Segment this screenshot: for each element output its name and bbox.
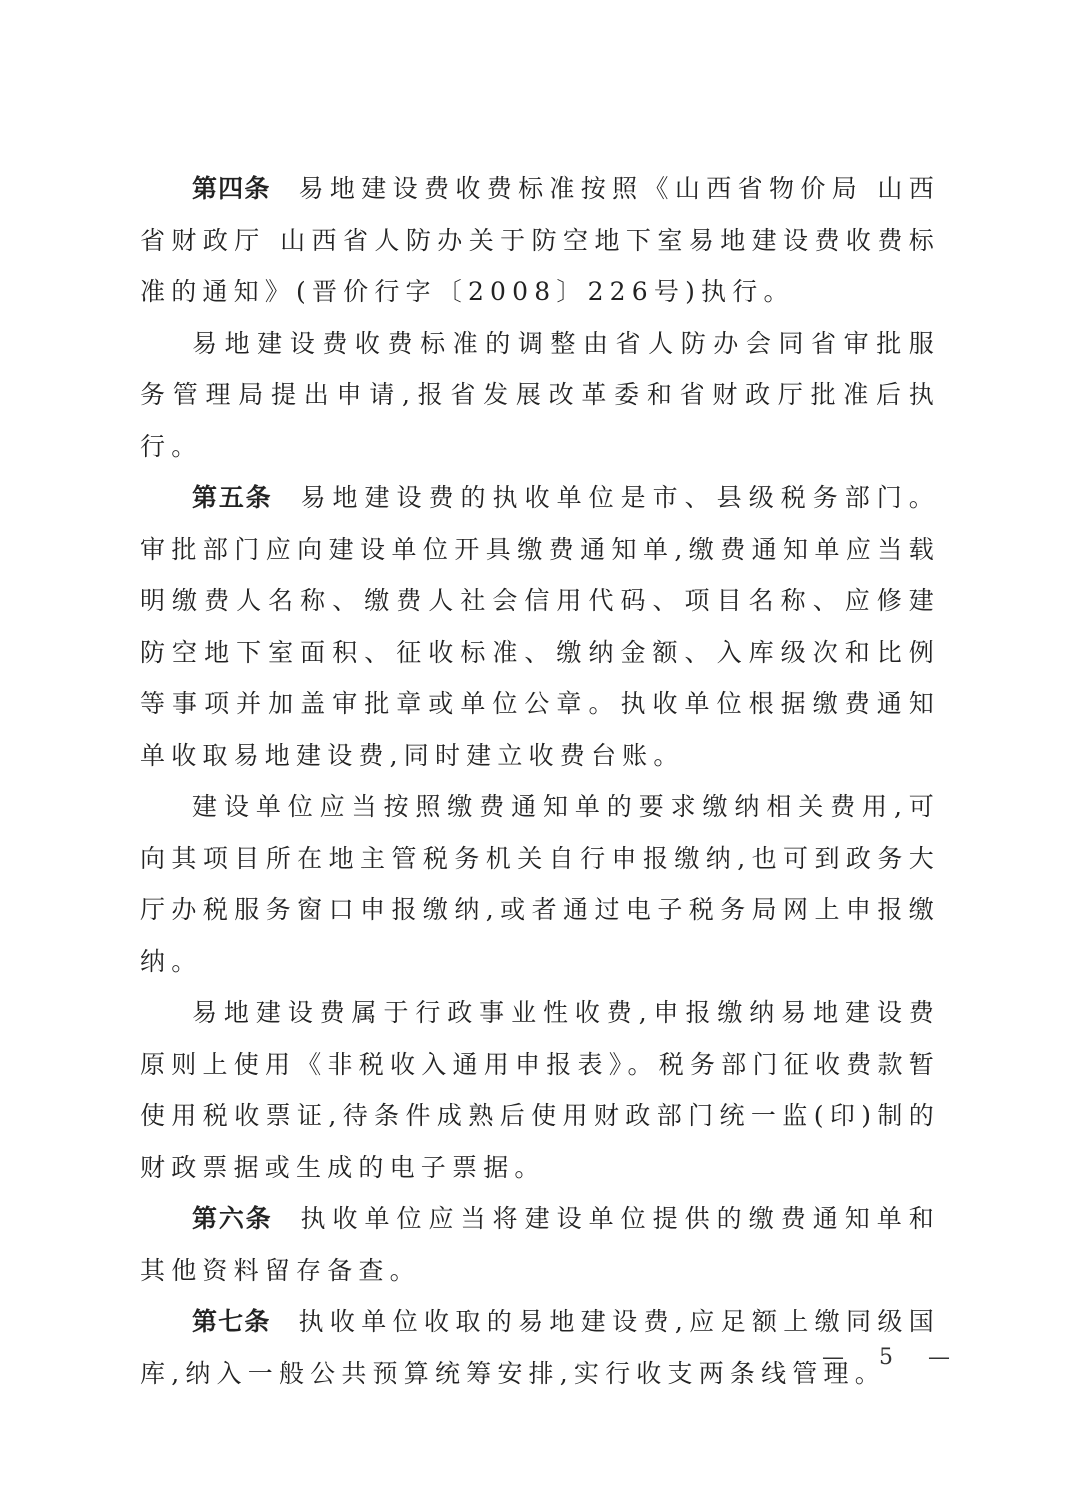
article-heading: 第四条	[192, 174, 271, 203]
article-heading: 第七条	[192, 1307, 271, 1336]
paragraph-article-6: 第六条执收单位应当将建设单位提供的缴费通知单和其他资料留存备查。	[140, 1193, 940, 1296]
paragraph: 易地建设费属于行政事业性收费,申报缴纳易地建设费原则上使用《非税收入通用申报表》…	[140, 987, 940, 1193]
paragraph-text: 易地建设费收费标准的调整由省人防办会同省审批服务管理局提出申请,报省发展改革委和…	[140, 329, 940, 461]
paragraph: 易地建设费收费标准的调整由省人防办会同省审批服务管理局提出申请,报省发展改革委和…	[140, 318, 940, 473]
paragraph-text: 建设单位应当按照缴费通知单的要求缴纳相关费用,可向其项目所在地主管税务机关自行申…	[140, 792, 940, 976]
paragraph-article-7: 第七条执收单位收取的易地建设费,应足额上缴同级国库,纳入一般公共预算统筹安排,实…	[140, 1296, 940, 1399]
paragraph: 建设单位应当按照缴费通知单的要求缴纳相关费用,可向其项目所在地主管税务机关自行申…	[140, 781, 940, 987]
article-heading: 第五条	[192, 483, 272, 512]
document-body: 第四条易地建设费收费标准按照《山西省物价局 山西省财政厅 山西省人防办关于防空地…	[140, 163, 940, 1399]
paragraph-article-4: 第四条易地建设费收费标准按照《山西省物价局 山西省财政厅 山西省人防办关于防空地…	[140, 163, 940, 318]
page-number: — 5 —	[822, 1345, 964, 1370]
paragraph-article-5: 第五条易地建设费的执收单位是市、县级税务部门。审批部门应向建设单位开具缴费通知单…	[140, 472, 940, 781]
paragraph-text: 易地建设费属于行政事业性收费,申报缴纳易地建设费原则上使用《非税收入通用申报表》…	[140, 998, 940, 1182]
article-heading: 第六条	[192, 1204, 272, 1233]
paragraph-text: 易地建设费的执收单位是市、县级税务部门。审批部门应向建设单位开具缴费通知单,缴费…	[140, 483, 940, 770]
